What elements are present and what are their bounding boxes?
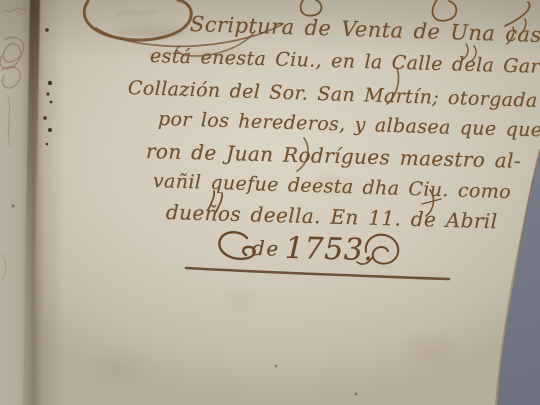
- manuscript-line-1: Scriptura de Venta de Una casa que: [190, 12, 540, 49]
- manuscript-line-5: ron de Juan Rodrígues maestro al-: [146, 139, 522, 173]
- manuscript-line-6: vañil quefue deesta dha Ciu. como: [153, 170, 512, 203]
- manuscript-line-2: está enesta Ciu., en la Calle dela Gardu…: [150, 45, 540, 79]
- manuscript-line-7: dueños deella. En 11. de Abril: [166, 200, 498, 233]
- manuscript-photo: Scriptura de Venta de Una casa que está …: [0, 0, 540, 405]
- manuscript-line-4: por los herederos, y albasea que queda-: [158, 108, 540, 142]
- date-prefix: de: [252, 236, 280, 261]
- manuscript-line-3: Collazión del Sor. San Martín; otorgada: [128, 77, 538, 112]
- date-line: de1753.: [252, 230, 375, 268]
- date-year: 1753.: [284, 231, 374, 268]
- handwriting-block: Scriptura de Venta de Una casa que está …: [0, 0, 540, 405]
